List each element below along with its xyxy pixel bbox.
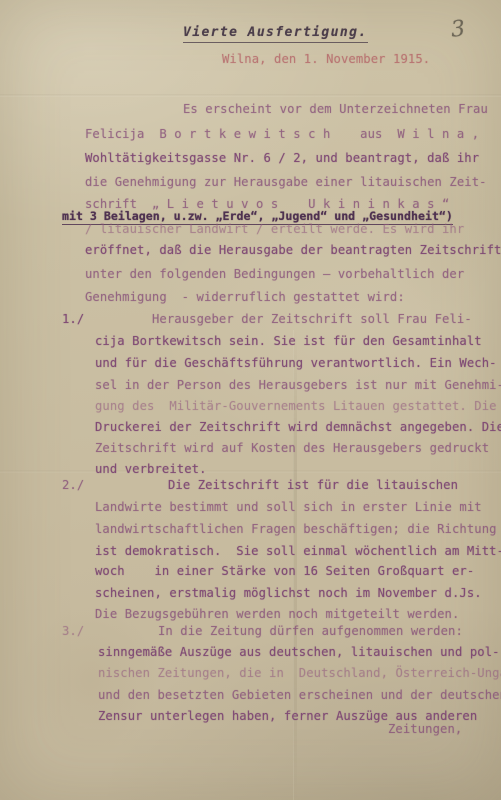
- typewritten-line: ist demokratisch. Sie soll einmal wöchen…: [95, 544, 501, 558]
- typewritten-line: sel in der Person des Herausgebers ist n…: [95, 378, 501, 392]
- typewritten-line: 1./: [62, 312, 84, 326]
- typewritten-line: und den besetzten Gebieten erscheinen un…: [98, 688, 501, 702]
- typewritten-line: unter den folgenden Bedingungen — vorbeh…: [85, 267, 464, 281]
- horizontal-fold-crease: [0, 94, 501, 97]
- typewritten-line: Zeitschrift wird auf Kosten des Herausge…: [95, 441, 489, 455]
- typewritten-line: sinngemäße Auszüge aus deutschen, litaui…: [98, 645, 500, 659]
- typewritten-line: cija Bortkewitsch sein. Sie ist für den …: [95, 334, 482, 348]
- typewritten-line: und verbreitet.: [95, 462, 207, 476]
- scanned-document-page: Vierte Ausfertigung. 3 Wilna, den 1. Nov…: [0, 0, 501, 800]
- typewritten-line: Es erscheint vor dem Unterzeichneten Fra…: [183, 102, 488, 116]
- horizontal-fold-crease: [0, 470, 501, 473]
- typewritten-line: nischen Zeitungen, die in Deutschland, Ö…: [98, 666, 501, 680]
- typewritten-line: In die Zeitung dürfen aufgenommen werden…: [158, 624, 463, 638]
- typewritten-line: gung des Militär-Gouvernements Litauen g…: [95, 399, 497, 413]
- typewritten-line: scheinen, erstmalig möglichst noch im No…: [95, 586, 482, 600]
- typewritten-line: Die Bezugsgebühren werden noch mitgeteil…: [95, 607, 459, 621]
- typewritten-line: Wohltätigkeitsgasse Nr. 6 / 2, und beant…: [85, 151, 479, 165]
- copy-designation-heading: Vierte Ausfertigung.: [183, 26, 368, 43]
- typewritten-line: Herausgeber der Zeitschrift soll Frau Fe…: [152, 312, 472, 326]
- paper-stain: [20, 600, 160, 760]
- typewritten-line: Landwirte bestimmt und soll sich in erst…: [95, 500, 482, 514]
- typewritten-line: woch in einer Stärke von 16 Seiten Großq…: [95, 564, 474, 578]
- typewritten-line: landwirtschaftlichen Fragen beschäftigen…: [95, 522, 497, 536]
- typewritten-line: / litauischer Landwirt / erteilt werde. …: [85, 222, 464, 236]
- dateline: Wilna, den 1. November 1915.: [222, 52, 430, 66]
- typewritten-line: Zeitungen,: [388, 722, 462, 736]
- typewritten-line: 3./: [62, 624, 84, 638]
- typewritten-line: Felicija B o r t k e w i t s c h aus W i…: [85, 127, 479, 141]
- typewritten-line: Genehmigung - widerruflich gestattet wir…: [85, 290, 405, 304]
- typewritten-line: Zensur unterlegen haben, ferner Auszüge …: [98, 709, 477, 723]
- typewritten-line: Die Zeitschrift ist für die litauischen: [168, 478, 458, 492]
- typewritten-line: 2./: [62, 478, 84, 492]
- typewritten-line: und für die Geschäftsführung verantwortl…: [95, 356, 497, 370]
- typewritten-line: Druckerei der Zeitschrift wird demnächst…: [95, 420, 501, 434]
- typewritten-line: eröffnet, daß die Herausgabe der beantra…: [85, 243, 501, 257]
- handwritten-page-number: 3: [450, 16, 467, 42]
- typewritten-line: die Genehmigung zur Herausgabe einer lit…: [85, 175, 487, 189]
